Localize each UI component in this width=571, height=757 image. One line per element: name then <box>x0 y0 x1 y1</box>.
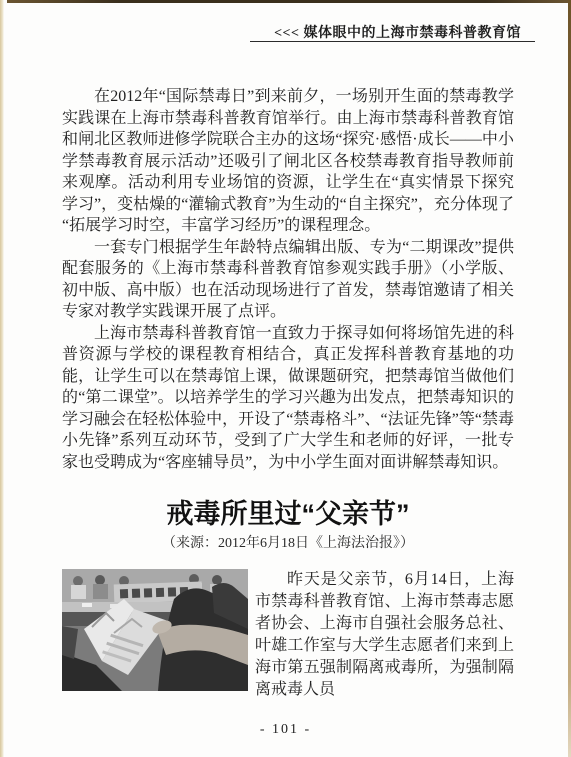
article-source-line: （来源：2012年6月18日《上海法治报》） <box>62 534 514 554</box>
report-paragraph-2: 一套专门根据学生年龄特点编辑出版、专为“二期课改”提供配套服务的《上海市禁毒科普… <box>62 237 514 323</box>
report-paragraph-3: 上海市禁毒科普教育馆一直致力于探寻如何将场馆先进的科普资源与学校的课程教育相结合… <box>62 323 514 474</box>
news-photo <box>62 569 248 691</box>
report-paragraph-1: 在2012年“国际禁毒日”到来前夕，一场别开生面的禁毒教学实践课在上海市禁毒科普… <box>62 86 514 237</box>
article-title: 戒毒所里过“父亲节” <box>62 496 514 532</box>
running-header-rule <box>250 41 535 42</box>
page-number: - 101 - <box>0 722 571 738</box>
book-page: <<< 媒体眼中的上海市禁毒科普教育馆 在2012年“国际禁毒日”到来前夕，一场… <box>0 0 571 757</box>
news-photo-graphic <box>62 569 248 691</box>
page-content: 在2012年“国际禁毒日”到来前夕，一场别开生面的禁毒教学实践课在上海市禁毒科普… <box>62 86 514 701</box>
running-header: <<< 媒体眼中的上海市禁毒科普教育馆 <box>274 22 521 42</box>
book-edge-left <box>0 0 4 757</box>
book-edge-top <box>7 0 570 3</box>
article-body: 昨天是父亲节，6月14日，上海市禁毒科普教育馆、上海市禁毒志愿者协会、上海市自强… <box>62 569 514 701</box>
